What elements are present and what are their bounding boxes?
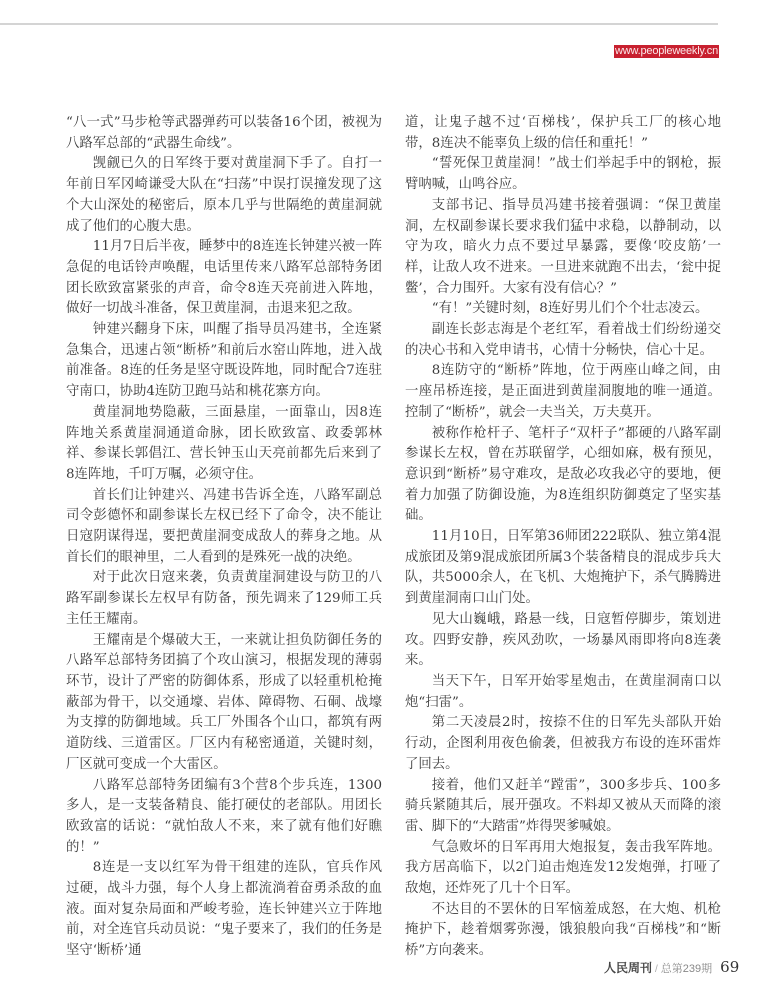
paragraph: 钟建兴翻身下床，叫醒了指导员冯建书，全连紧急集合，迅速占领“断桥”和前后水窑山阵… [66, 320, 382, 403]
paragraph: 不达目的不罢休的日军恼羞成怒，在大炮、机枪掩护下，趁着烟雾弥漫，饿狼般向我“百梯… [405, 900, 721, 962]
paragraph: 支部书记、指导员冯建书接着强调：“保卫黄崖洞，左权副参谋长要求我们猛中求稳，以静… [405, 196, 721, 300]
page-number: 69 [720, 958, 739, 976]
paragraph: 接着，他们又赶羊“蹚雷”，300多步兵、100多骑兵紧随其后，展开强攻。不料却又… [405, 776, 721, 838]
paragraph: 王耀南是个爆破大王，一来就让担负防御任务的八路军总部特务团搞了个攻山演习，根据发… [66, 631, 382, 776]
paragraph: 第二天凌晨2时，按捺不住的日军先头部队开始行动，企图利用夜色偷袭，但被我方布设的… [405, 713, 721, 775]
paragraph: 8连是一支以红军为骨干组建的连队，官兵作风过硬，战斗力强，每个人身上都流淌着奋勇… [66, 858, 382, 962]
paragraph: 11月7日后半夜，睡梦中的8连连长钟建兴被一阵急促的电话铃声唤醒，电话里传来八路… [66, 237, 382, 320]
magazine-name: 人民周刊 [604, 959, 652, 976]
footer-separator: / [655, 964, 658, 975]
paragraph: 气急败坏的日军再用大炮报复，轰击我军阵地。我方居高临下，以2门迫击炮连发12发炮… [405, 838, 721, 900]
header-rule [0, 23, 718, 25]
paragraph: 见大山巍峨，路悬一线，日寇暂停脚步，策划进攻。四野安静，疾风劲吹，一场暴风雨即将… [405, 610, 721, 672]
issue-number: 总第239期 [661, 960, 712, 976]
paragraph: “誓死保卫黄崖洞！”战士们举起手中的钢枪，振臂呐喊，山鸣谷应。 [405, 154, 721, 195]
article-column-left: “八一式”马步枪等武器弹药可以装备16个团，被视为八路军总部的“武器生命线”。 … [66, 113, 382, 962]
page-footer: 人民周刊 / 总第239期 69 [604, 958, 739, 976]
paragraph: 黄崖洞地势隐蔽，三面悬崖，一面靠山，因8连阵地关系黄崖洞通道命脉，团长欧致富、政… [66, 403, 382, 486]
paragraph: 8连防守的“断桥”阵地，位于两座山峰之间，由一座吊桥连接，是正面进到黄崖洞腹地的… [405, 361, 721, 423]
website-url-badge: www.peopleweekly.cn [614, 45, 719, 58]
article-column-right: 道，让鬼子越不过‘百梯栈’，保护兵工厂的核心地带，8连决不能辜负上级的信任和重托… [405, 113, 721, 962]
paragraph: 对于此次日寇来袭，负责黄崖洞建设与防卫的八路军副参谋长左权早有防备，预先调来了1… [66, 568, 382, 630]
paragraph: 当天下午，日军开始零星炮击，在黄崖洞南口以炮“扫雷”。 [405, 672, 721, 713]
paragraph: 首长们让钟建兴、冯建书告诉全连，八路军副总司令彭德怀和副参谋长左权已经下了命令，… [66, 486, 382, 569]
paragraph: 被称作枪杆子、笔杆子“双杆子”都硬的八路军副参谋长左权，曾在苏联留学，心细如麻，… [405, 424, 721, 528]
paragraph: “八一式”马步枪等武器弹药可以装备16个团，被视为八路军总部的“武器生命线”。 [66, 113, 382, 154]
paragraph: 11月10日，日军第36师团222联队、独立第4混成旅团及第9混成旅团所属3个装… [405, 527, 721, 610]
paragraph: 八路军总部特务团编有3个营8个步兵连，1300多人，是一支装备精良、能打硬仗的老… [66, 776, 382, 859]
paragraph: 觊觎已久的日军终于要对黄崖洞下手了。自打一年前日军冈崎谦受大队在“扫荡”中误打误… [66, 154, 382, 237]
paragraph: 道，让鬼子越不过‘百梯栈’，保护兵工厂的核心地带，8连决不能辜负上级的信任和重托… [405, 113, 721, 154]
paragraph: 副连长彭志海是个老红军，看着战士们纷纷递交的决心书和入党申请书，心情十分畅快，信… [405, 320, 721, 361]
paragraph: “有！”关键时刻，8连好男儿们个个壮志凌云。 [405, 299, 721, 320]
